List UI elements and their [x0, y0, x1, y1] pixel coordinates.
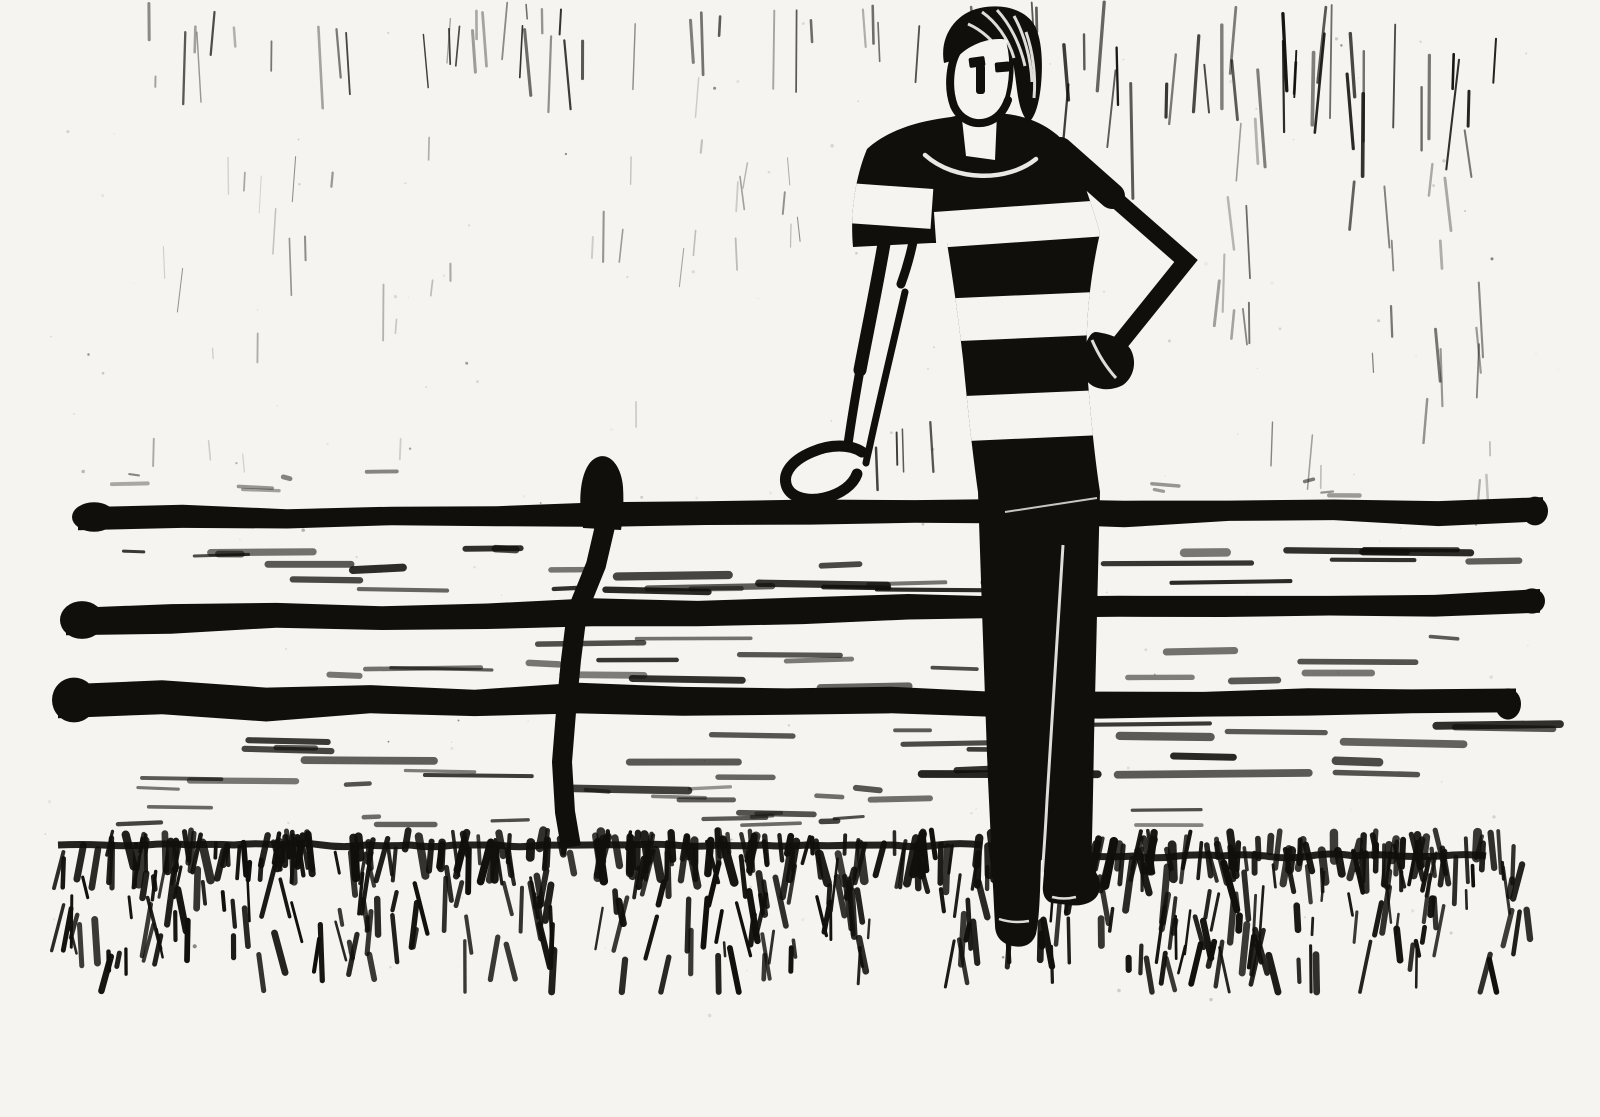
nose	[976, 64, 985, 94]
waist-stripe	[955, 292, 1099, 341]
hip-stripe	[963, 390, 1107, 441]
sleeve-stripe	[849, 183, 934, 229]
print-page	[0, 0, 1600, 1117]
figure-pants	[978, 492, 1100, 947]
hand-on-fence	[785, 446, 862, 499]
right-eye	[995, 61, 1011, 72]
woodcut-print	[0, 0, 1600, 1117]
